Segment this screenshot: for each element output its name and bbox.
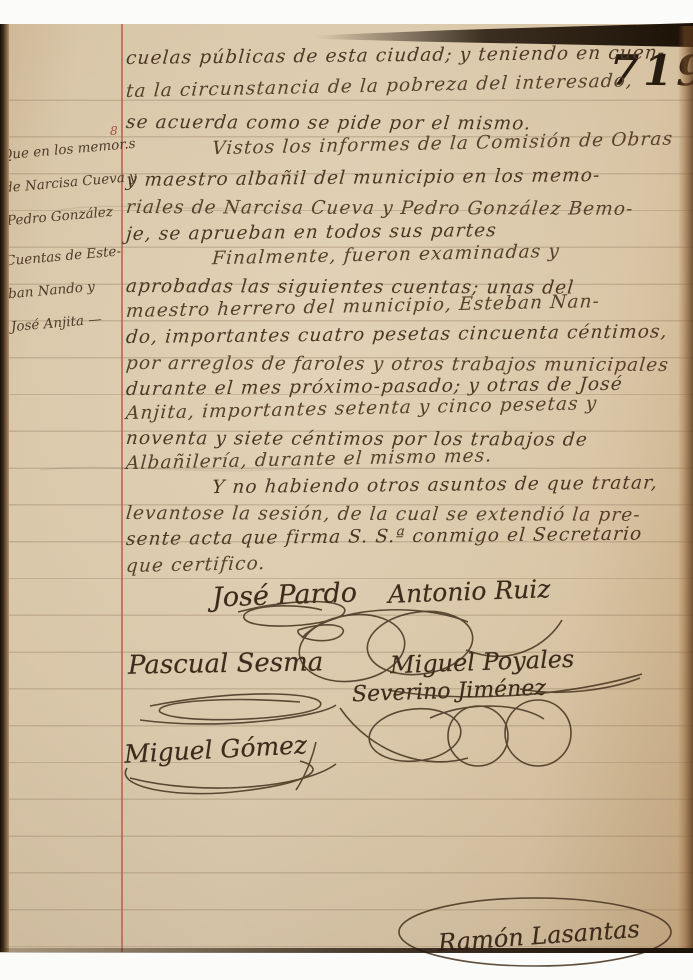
- book-binding-edge: [0, 24, 9, 952]
- manuscript-line: que certifico.: [125, 553, 266, 577]
- manuscript-line: levantose la sesión, de la cual se exten…: [125, 503, 642, 526]
- signature-antonio-ruiz: Antonio Ruiz: [388, 574, 551, 609]
- margin-note-memoriales: Que en los memor.s de Narcisa Cueva y Pe…: [0, 129, 130, 238]
- manuscript-line: se acuerda como se pide por el mismo.: [125, 112, 532, 134]
- page-bottom-shadow: [0, 948, 693, 953]
- signature-pascual-sesma: Pascual Sesma: [128, 647, 324, 680]
- signature-jose-pardo: José Pardo: [212, 577, 358, 613]
- manuscript-line: riales de Narcisa Cueva y Pedro González…: [125, 197, 634, 220]
- manuscript-line: por arreglos de faroles y otros trabajos…: [125, 353, 670, 376]
- page-right-edge: [678, 26, 693, 952]
- manuscript-line: je, se aprueban en todos sus partes: [125, 220, 497, 245]
- manuscript-scan: 719 8 Que en los memor.s de Narcisa Cuev…: [0, 0, 693, 980]
- margin-note-cuentas: Cuentas de Este- ban Nando y José Anjita…: [4, 235, 134, 344]
